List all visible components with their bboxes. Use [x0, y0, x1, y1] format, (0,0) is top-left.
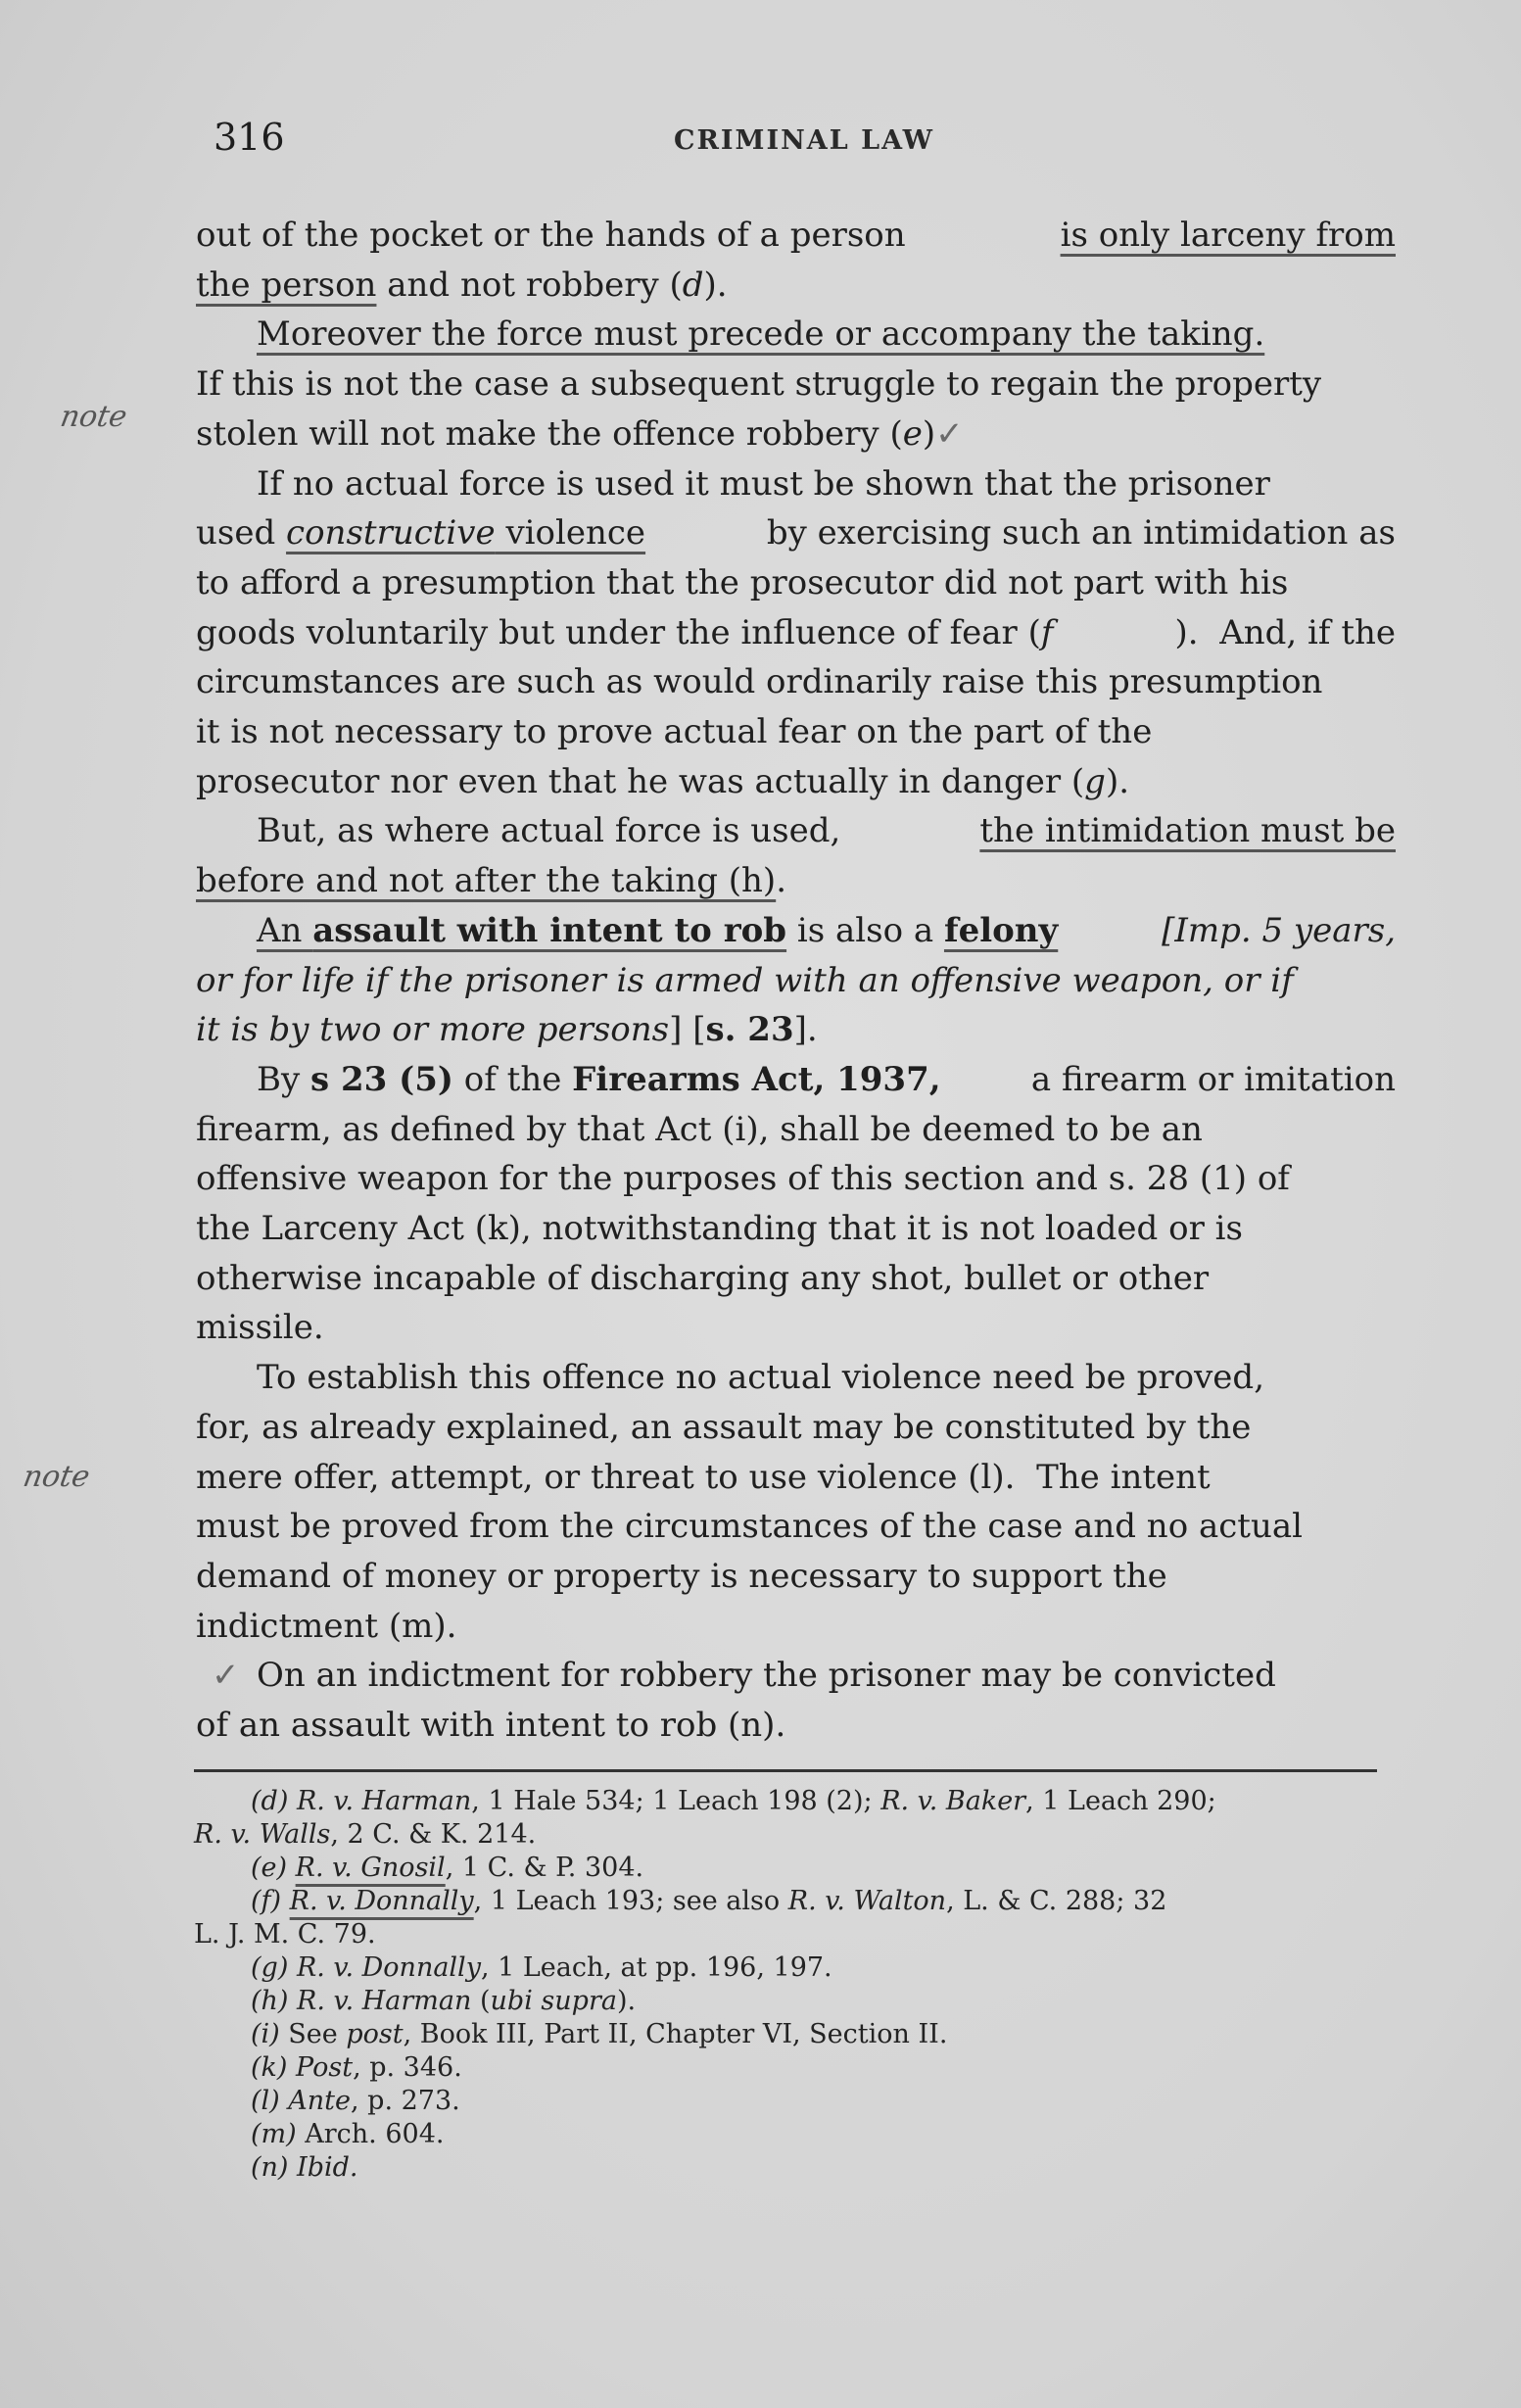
- footnote: (n) Ibid.: [194, 2151, 1379, 2185]
- footnote: (g) R. v. Donnally, 1 Leach, at pp. 196,…: [194, 1951, 1379, 1985]
- running-title: CRIMINAL LAW: [674, 125, 934, 156]
- text-line: goods voluntarily but under the influenc…: [196, 608, 1396, 658]
- text-line: before and not after the taking (h).: [196, 856, 1396, 906]
- text-line: the Larceny Act (k), notwithstanding tha…: [196, 1204, 1396, 1254]
- footnote-mark: (m): [251, 2119, 305, 2149]
- footnote: (d) R. v. Harman, 1 Hale 534; 1 Leach 19…: [194, 1785, 1379, 1818]
- text-line: stolen will not make the offence robbery…: [196, 409, 1396, 459]
- footnote-mark: (l): [251, 2086, 288, 2116]
- text-line: Moreover the force must precede or accom…: [196, 310, 1396, 360]
- text-line: the person and not robbery (d).: [196, 261, 1396, 311]
- footnote: (f) R. v. Donnally, 1 Leach 193; see als…: [194, 1885, 1379, 1918]
- footnotes: (d) R. v. Harman, 1 Hale 534; 1 Leach 19…: [194, 1785, 1379, 2185]
- text-line: to afford a presumption that the prosecu…: [196, 558, 1396, 608]
- checkmark-icon: ✓: [935, 409, 964, 459]
- text-line: indictment (m).: [196, 1602, 1396, 1652]
- footnote: (k) Post, p. 346.: [194, 2051, 1379, 2085]
- text-line: demand of money or property is necessary…: [196, 1552, 1396, 1602]
- footnote: (l) Ante, p. 273.: [194, 2085, 1379, 2118]
- text-line: If this is not the case a subsequent str…: [196, 360, 1396, 409]
- page-header: 316 CRIMINAL LAW: [214, 116, 1389, 165]
- text-line: ✓ On an indictment for robbery the priso…: [196, 1651, 1396, 1701]
- margin-note: note: [58, 400, 129, 434]
- text-line: otherwise incapable of discharging any s…: [196, 1254, 1396, 1304]
- text-line: it is not necessary to prove actual fear…: [196, 707, 1396, 757]
- text-line: An assault with intent to rob is also a …: [196, 906, 1396, 956]
- text-line: of an assault with intent to rob (n).: [196, 1701, 1396, 1751]
- text-line: If no actual force is used it must be sh…: [196, 459, 1396, 509]
- text-line: missile.: [196, 1303, 1396, 1353]
- text-line: prosecutor nor even that he was actually…: [196, 757, 1396, 807]
- footnote-mark: (k): [251, 2052, 296, 2083]
- text-line: mere offer, attempt, or threat to use vi…: [196, 1453, 1396, 1503]
- text-line: firearm, as defined by that Act (i), sha…: [196, 1105, 1396, 1155]
- footnote-mark: (g): [251, 1952, 297, 1983]
- footnote-mark: (e): [251, 1853, 296, 1883]
- footnote: (m) Arch. 604.: [194, 2118, 1379, 2151]
- text-line: But, as where actual force is used, the …: [196, 806, 1396, 856]
- text-line: or for life if the prisoner is armed wit…: [196, 956, 1396, 1006]
- margin-note: note: [21, 1460, 92, 1494]
- footnote-mark: (d): [251, 1786, 297, 1816]
- checkmark-icon: ✓: [212, 1651, 240, 1701]
- footnote-mark: (i): [251, 2019, 288, 2049]
- page-number: 316: [214, 116, 285, 159]
- body-text: out of the pocket or the hands of a pers…: [196, 211, 1396, 1751]
- footnote-mark: (h): [251, 1986, 297, 2016]
- text-line: used constructive violence by exercising…: [196, 508, 1396, 558]
- text-line: offensive weapon for the purposes of thi…: [196, 1154, 1396, 1204]
- text-line: circumstances are such as would ordinari…: [196, 657, 1396, 707]
- footnote-rule: [194, 1769, 1377, 1772]
- footnote: (h) R. v. Harman (ubi supra).: [194, 1985, 1379, 2018]
- text-line: By s 23 (5) of the Firearms Act, 1937, a…: [196, 1055, 1396, 1105]
- text-line: To establish this offence no actual viol…: [196, 1353, 1396, 1403]
- footnote: (i) See post, Book III, Part II, Chapter…: [194, 2018, 1379, 2051]
- text-line: must be proved from the circumstances of…: [196, 1502, 1396, 1552]
- book-page: 316 CRIMINAL LAW note note out of the po…: [0, 0, 1521, 2408]
- footnote-continuation: R. v. Walls, 2 C. & K. 214.: [194, 1818, 1379, 1852]
- text-line: for, as already explained, an assault ma…: [196, 1403, 1396, 1453]
- footnote-continuation: L. J. M. C. 79.: [194, 1918, 1379, 1951]
- footnote-mark: (f): [251, 1886, 290, 1916]
- footnote-mark: (n): [251, 2152, 297, 2183]
- text-line: it is by two or more persons] [s. 23].: [196, 1005, 1396, 1055]
- footnote: (e) R. v. Gnosil, 1 C. & P. 304.: [194, 1852, 1379, 1885]
- text-line: out of the pocket or the hands of a pers…: [196, 211, 1396, 261]
